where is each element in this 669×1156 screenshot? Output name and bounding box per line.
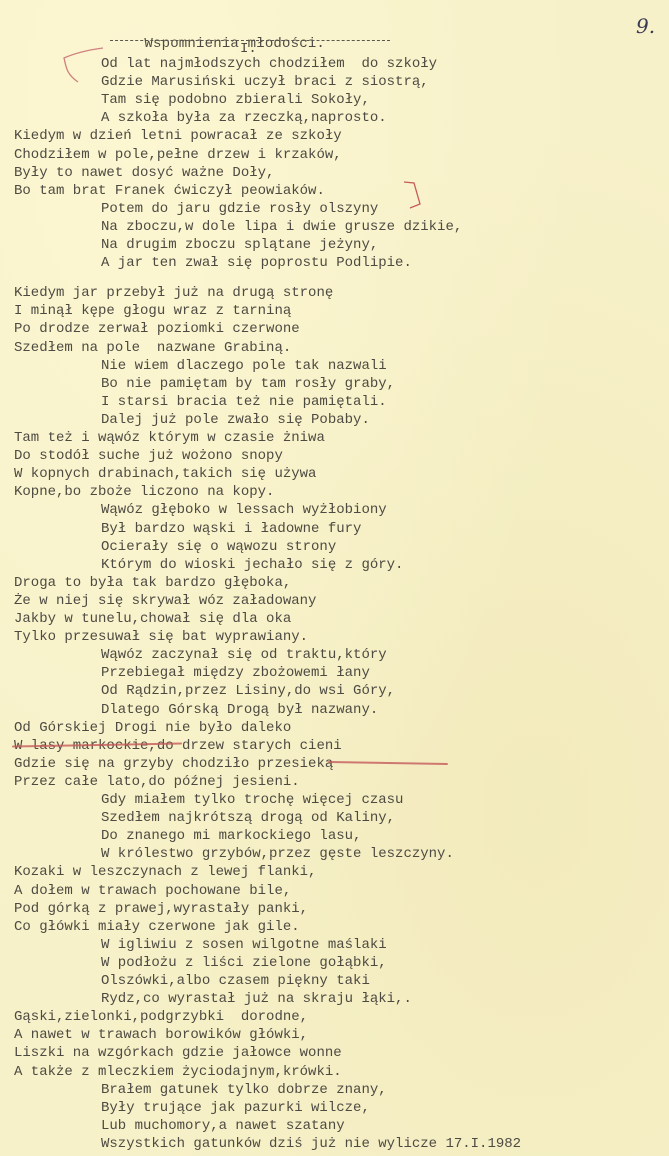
- poem-line: A nawet w trawach borowików główki,: [14, 1027, 308, 1044]
- poem-line: Tam też i wąwóz którym w czasie żniwa: [14, 430, 325, 447]
- poem-line: Którym do wioski jechało się z góry.: [101, 557, 403, 574]
- document-page: 9. Wspomnienia młodości. I. Od lat najmł…: [0, 0, 669, 1156]
- poem-line: Gdzie Marusiński uczył braci z siostrą,: [101, 74, 429, 91]
- poem-line: Rydz,co wyrastał już na skraju łąki,.: [101, 991, 412, 1008]
- page-number: 9.: [636, 14, 655, 38]
- poem-line: Liszki na wzgórkach gdzie jałowce wonne: [14, 1045, 342, 1062]
- poem-line: Gąski,zielonki,podgrzybki dorodne,: [14, 1009, 308, 1026]
- poem-line: Gdy miałem tylko trochę więcej czasu: [101, 792, 403, 809]
- poem-line: Bo tam brat Franek ćwiczył peowiaków.: [14, 183, 325, 200]
- poem-line: Droga to była tak bardzo głęboka,: [14, 575, 291, 592]
- poem-line: Od Górskiej Drogi nie było daleko: [14, 720, 291, 737]
- poem-line: Do stodół suche już wożono snopy: [14, 448, 283, 465]
- poem-line: Że w niej się skrywał wóz załadowany: [14, 593, 316, 610]
- poem-line: Pod górką z prawej,wyrastały panki,: [14, 901, 308, 918]
- poem-line: Dalej już pole zwało się Pobaby.: [101, 412, 370, 429]
- poem-line: Tam się podobno zbierali Sokoły,: [101, 92, 370, 109]
- poem-line: W kopnych drabinach,takich się używa: [14, 466, 316, 483]
- poem-line: I minął kępe głogu wraz z tarniną: [14, 303, 291, 320]
- poem-line: A szkoła była za rzeczką,naprosto.: [101, 110, 387, 127]
- poem-line: Szedłem najkrótszą drogą od Kaliny,: [101, 810, 395, 827]
- poem-line: Wszystkich gatunków dziś już nie wylicze…: [101, 1136, 521, 1153]
- poem-line: A dołem w trawach pochowane bile,: [14, 883, 291, 900]
- poem-line: Szedłem na pole nazwane Grabiną.: [14, 340, 291, 357]
- poem-line: Bo nie pamiętam by tam rosły graby,: [101, 376, 395, 393]
- poem-line: Dlatego Górską Drogą był nazwany.: [101, 702, 378, 719]
- poem-line: Brałem gatunek tylko dobrze znany,: [101, 1082, 387, 1099]
- poem-line: Kopne,bo zboże liczono na kopy.: [14, 484, 274, 501]
- underline-przesieka: [328, 761, 448, 765]
- poem-line: Kozaki w leszczynach z lewej flanki,: [14, 864, 316, 881]
- poem-line: Był bardzo wąski i ładowne fury: [101, 521, 361, 538]
- poem-line: Od lat najmłodszych chodziłem do szkoły: [101, 56, 437, 73]
- poem-line: Po drodze zerwał poziomki czerwone: [14, 321, 300, 338]
- poem-line: Kiedym w dzień letni powracał ze szkoły: [14, 128, 342, 145]
- poem-line: Wąwóz zaczynał się od traktu,który: [101, 647, 387, 664]
- poem-line: Olszówki,albo czasem piękny taki: [101, 973, 370, 990]
- poem-line: Do znanego mi markockiego lasu,: [101, 828, 361, 845]
- poem-line: Na zboczu,w dole lipa i dwie grusze dzik…: [101, 219, 462, 236]
- poem-line: Były trujące jak pazurki wilcze,: [101, 1100, 370, 1117]
- poem-line: Były to nawet dosyć ważne Doły,: [14, 165, 274, 182]
- section-number: I.: [240, 41, 257, 57]
- poem-line: W igliwiu z sosen wilgotne maślaki: [101, 937, 387, 954]
- poem-line: I starsi bracia też nie pamiętali.: [101, 394, 387, 411]
- tick-mark-icon: [402, 180, 426, 210]
- poem-line: W podłożu z liści zielone gołąbki,: [101, 955, 387, 972]
- poem-line: Chodziłem w pole,pełne drzew i krzaków,: [14, 147, 342, 164]
- poem-line: Przez całe lato,do późnej jesieni.: [14, 774, 300, 791]
- poem-line: Lub muchomory,a nawet szatany: [101, 1118, 345, 1135]
- poem-line: Gdzie się na grzyby chodziło przesieką: [14, 756, 333, 773]
- poem-line: Wąwóz głęboko w lessach wyżłobiony: [101, 502, 387, 519]
- poem-line: W królestwo grzybów,przez gęste leszczyn…: [101, 846, 454, 863]
- poem-line: Potem do jaru gdzie rosły olszyny: [101, 201, 378, 218]
- poem-line: A także z mleczkiem życiodajnym,krówki.: [14, 1064, 342, 1081]
- poem-line: Na drugim zboczu splątane jeżyny,: [101, 237, 378, 254]
- poem-line: Ocierały się o wąwozu strony: [101, 539, 336, 556]
- poem-line: Nie wiem dlaczego pole tak nazwali: [101, 358, 387, 375]
- poem-line: Przebiegał między zbożowemi łany: [101, 665, 370, 682]
- poem-line: Co główki miały czerwone jak gile.: [14, 919, 300, 936]
- poem-line: Jakby w tunelu,chował się dla oka: [14, 611, 291, 628]
- poem-line: Tylko przesuwał się bat wyprawiany.: [14, 629, 308, 646]
- poem-line: Kiedym jar przebył już na drugą stronę: [14, 285, 333, 302]
- poem-line: Od Rądzin,przez Lisiny,do wsi Góry,: [101, 683, 395, 700]
- poem-line: A jar ten zwał się poprostu Podlipie.: [101, 255, 412, 272]
- title-text: Wspomnienia młodości.: [144, 36, 325, 52]
